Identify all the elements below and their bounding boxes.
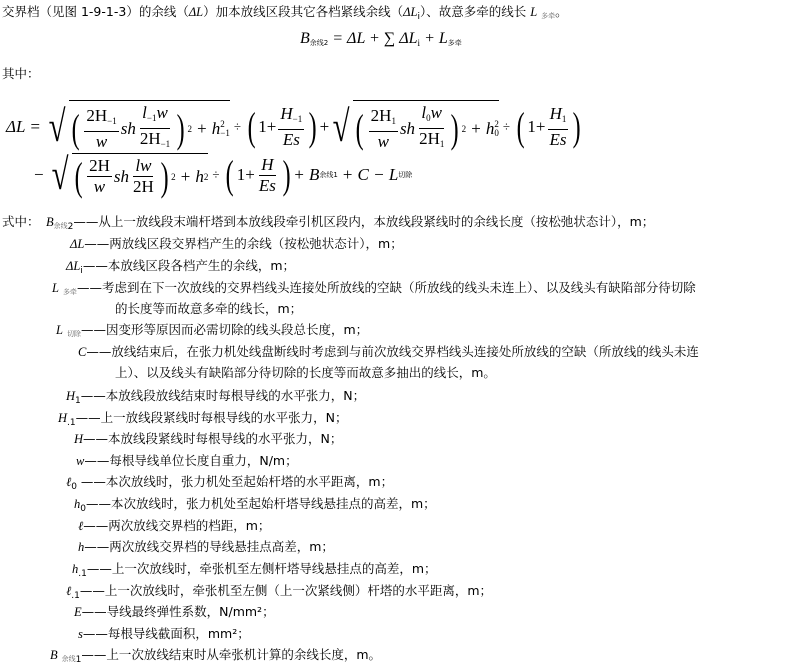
- formula-label: 式中：: [2, 214, 40, 230]
- fraction: 2H−1w: [84, 106, 118, 152]
- definition-h-diff: h——两次放线交界档的导线悬挂点高差，m；: [78, 539, 334, 555]
- intro-paragraph: 交界档（见图 1-9-1-3）的余线（ΔL）加本放线区段其它各档紧线余线（ΔLi…: [2, 4, 568, 25]
- definition-l-span: ℓ——两次放线交界档的档距，m；: [78, 518, 270, 534]
- symbol: L: [530, 5, 537, 19]
- definition-s: s——每根导线截面积，mm²；: [78, 626, 250, 642]
- symbol: ΔL: [189, 5, 203, 19]
- fraction: l−1w2H−1: [138, 103, 172, 154]
- sqrt-term-1: √ ( 2H−1w sh l−1w2H−1 )2 + h2−1: [45, 100, 230, 154]
- definition-w: w——每根导线单位长度自重力，N/m；: [76, 453, 298, 469]
- intro-text: ）、故意多牵的线长: [420, 4, 530, 19]
- sqrt-term-3: √ ( 2Hw sh lw2H )2 + h2: [48, 153, 209, 197]
- equation-lhs: ΔL =: [6, 117, 41, 137]
- subscript: 余线2: [310, 39, 328, 47]
- subscript: 多牵: [448, 39, 462, 47]
- intro-text: 。: [555, 4, 568, 19]
- symbol: B: [300, 30, 310, 47]
- definition-h1: H1——本放线段放线结束时每根导线的水平张力，N；: [66, 388, 365, 409]
- equation-b-residual-2: B余线2 = ΔL + ∑ ΔLi + L多牵: [300, 30, 462, 48]
- definition-h: H——本放线段紧线时每根导线的水平张力，N；: [74, 431, 342, 447]
- definition-l-cut: L 切除——因变形等原因而必需切除的线头段总长度，m；: [56, 322, 368, 342]
- definition-l-minus-1: ℓ.1——上一次放线时，牵张机至左侧（上一次紧线侧）杆塔的水平距离，m；: [66, 583, 492, 604]
- definition-l-extra: L 多牵——考虑到在下一次放线的交界档线头连接处所放线的空缺（所放线的线头未连上…: [52, 280, 696, 300]
- symbol: ΔL: [403, 5, 417, 19]
- definition-delta-li: ΔLi——本放线区段各档产生的余线，m；: [66, 258, 295, 279]
- where-label: 其中：: [2, 66, 40, 82]
- equation-delta-l-line-2: − √ ( 2Hw sh lw2H )2 + h2 ÷ (1+ HEs) + B…: [34, 150, 412, 200]
- definition-h-minus-1-diff: h.1——上一次放线时，牵张机至左侧杆塔导线悬挂点的高差，m；: [72, 561, 437, 582]
- intro-text: ）加本放线区段其它各档紧线余线（: [203, 4, 403, 19]
- sqrt-term-2: √ ( 2H1w sh l0w2H1 )2 + h20: [329, 100, 499, 154]
- definition-c-cont: 上）、以及线头有缺陷部分待切除的长度等而故意多抽出的线长，m。: [115, 365, 496, 381]
- definition-b-residual-1: B 余线1——上一次放线结束时从牵张机计算的余线长度，m。: [50, 647, 381, 666]
- equation-rhs: + L: [420, 30, 448, 47]
- definition-h0: h0——本次放线时，张力机处至起始杆塔导线悬挂点的高差，m；: [74, 496, 436, 517]
- definition-l0: ℓ0 ——本次放线时，张力机处至起始杆塔的水平距离，m；: [66, 474, 393, 495]
- radical-sign: √: [48, 105, 65, 149]
- definition-e: E——导线最终弹性系数，N/mm²；: [74, 604, 275, 620]
- definition-h-minus-1: H.1——上一放线段紧线时每根导线的水平张力，N；: [58, 410, 347, 431]
- definition-b-residual-2: B余线2——从上一放线段末端杆塔到本放线段牵引机区段内，本放线段紧线时的余线长度…: [46, 214, 654, 235]
- equation-rhs: = ΔL + ∑ ΔL: [332, 30, 417, 47]
- intro-text: 交界档（见图 1-9-1-3）的余线（: [2, 4, 189, 19]
- definition-c: C——放线结束后，在张力机处线盘断线时考虑到与前次放线交界档线头连接处所放线的空…: [78, 344, 699, 360]
- definition-delta-l: ΔL——两放线区段交界档产生的余线（按松弛状态计），m；: [70, 236, 403, 252]
- definition-l-extra-cont: 的长度等而故意多牵的线长，m；: [115, 301, 302, 317]
- subscript: 多牵: [541, 12, 555, 20]
